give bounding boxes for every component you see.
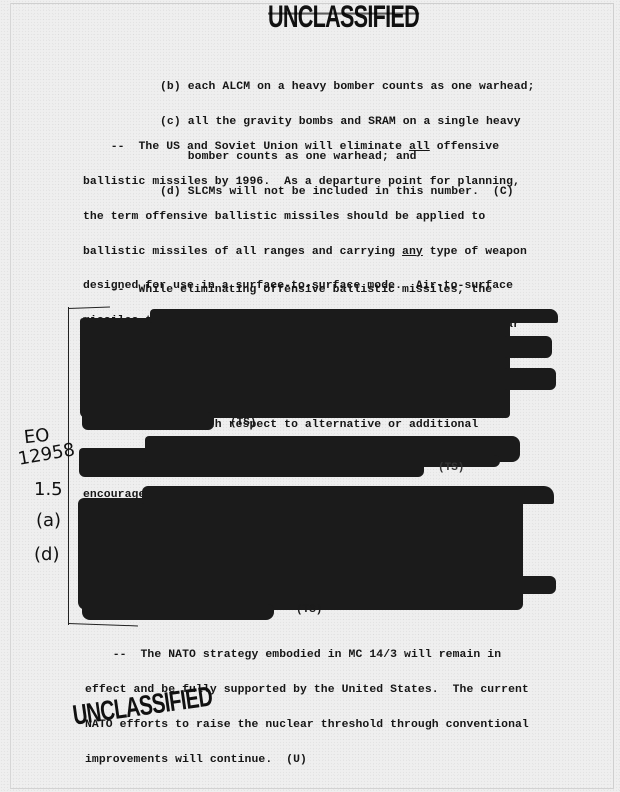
classification-marker: (TS) bbox=[230, 417, 256, 429]
line-text: type of weapon bbox=[423, 246, 527, 258]
classification-marker: (TS) bbox=[296, 604, 322, 616]
underlined-word: all bbox=[409, 141, 430, 153]
redaction-block-1 bbox=[80, 318, 510, 418]
handwritten-subsection-a: (a) bbox=[36, 512, 61, 530]
line-text: offensive bbox=[430, 141, 499, 153]
redaction-block-1-tab-a bbox=[505, 336, 552, 358]
redaction-block-3-top bbox=[142, 486, 554, 504]
redaction-block-1-tab-b bbox=[505, 368, 556, 390]
paragraph-line: NATO efforts to raise the nuclear thresh… bbox=[85, 720, 529, 732]
redaction-bracket-bottom bbox=[68, 623, 138, 626]
classification-stamp-top: UNCLASSIFIED bbox=[268, 2, 419, 34]
page-edge-left bbox=[10, 3, 11, 789]
redaction-bracket-vertical bbox=[68, 307, 69, 625]
paragraph-line: -- The NATO strategy embodied in MC 14/3… bbox=[85, 650, 529, 662]
document-page: UNCLASSIFIED (b) each ALCM on a heavy bo… bbox=[0, 0, 620, 792]
redaction-block-3-tail bbox=[82, 604, 274, 620]
underlined-word: any bbox=[402, 246, 423, 258]
redaction-block-3 bbox=[78, 498, 523, 610]
list-text: each ALCM on a heavy bomber counts as on… bbox=[188, 81, 535, 93]
list-marker: (b) bbox=[160, 81, 181, 93]
paragraph-line: ballistic missiles by 1996. As a departu… bbox=[83, 177, 527, 189]
handwritten-section: 1.5 bbox=[34, 481, 63, 499]
line-text: -- The US and Soviet Union will eliminat… bbox=[83, 141, 409, 153]
paragraph-line: -- The US and Soviet Union will eliminat… bbox=[83, 142, 527, 154]
classification-marker: (TS) bbox=[438, 462, 464, 474]
paragraph-line: ballistic missiles of all ranges and car… bbox=[83, 247, 527, 259]
redaction-block-1-top bbox=[150, 309, 558, 323]
handwritten-subsection-d: (d) bbox=[34, 546, 59, 564]
paragraph-line: -- While eliminating offensive ballistic… bbox=[83, 285, 520, 297]
line-text: ballistic missiles of all ranges and car… bbox=[83, 246, 402, 258]
redaction-block-1-tail bbox=[82, 412, 214, 430]
paragraph-line: improvements will continue. (U) bbox=[85, 755, 529, 767]
list-item-b: (b) each ALCM on a heavy bomber counts a… bbox=[160, 82, 535, 94]
redaction-block-3-tab bbox=[520, 576, 556, 594]
paragraph-line: the term offensive ballistic missiles sh… bbox=[83, 212, 527, 224]
page-edge-right bbox=[613, 3, 614, 789]
